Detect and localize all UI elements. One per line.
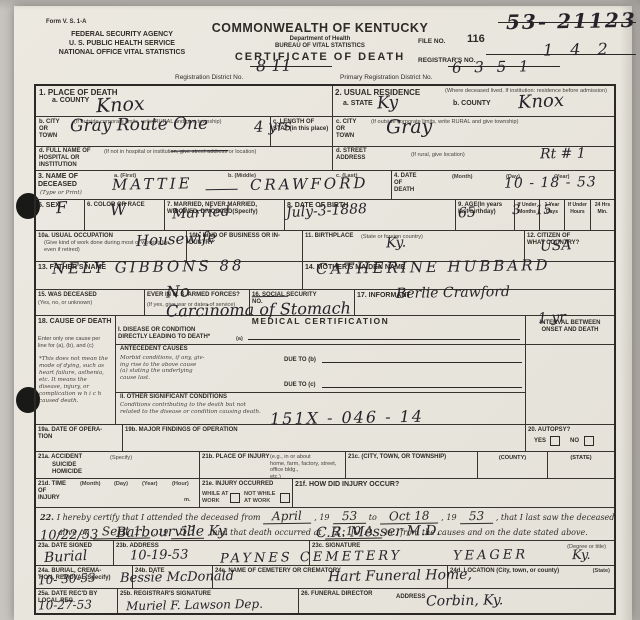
armed-forces-note-1: (Yes, no, or unknown)	[38, 300, 92, 307]
hw-physician-signature: C.R. Messer M.D.	[316, 524, 441, 540]
certify-number: 22.	[40, 512, 54, 522]
hw-burial-type: Burial	[44, 549, 88, 565]
hw-length-of-stay: 4 yrs	[254, 118, 292, 135]
place-of-injury-label: 21b. PLACE OF INJURY	[202, 454, 269, 461]
hw-armed-forces: No	[166, 283, 190, 300]
due-c-rule	[322, 387, 522, 388]
specify-note: (Specify)	[110, 455, 132, 462]
row-injury-place: 21a. ACCIDENT (Specify) SUICIDE HOMICIDE…	[36, 451, 614, 478]
hospital-label: d. FULL NAME OF HOSPITAL OR INSTITUTION	[39, 148, 91, 169]
city-of-death-label: b. CITY OR TOWN	[39, 119, 60, 140]
bureau-vital-statistics: BUREAU OF VITAL STATISTICS	[200, 43, 440, 49]
while-at-work-label: WHILE AT WORK	[202, 491, 228, 504]
injury-county-label: (COUNTY)	[478, 455, 547, 461]
hw-burial-date: 10-19-53	[130, 548, 189, 562]
primary-district-label: Primary Registration District No.	[340, 74, 432, 81]
autopsy-no-label: NO	[570, 438, 579, 445]
certify-line-1: 22. I hereby certify that I attended the…	[40, 511, 614, 524]
date-of-death-label: 4. DATE OF DEATH	[394, 173, 417, 194]
section-place-of-injury: 21b. PLACE OF INJURY (e.g., in or about …	[199, 452, 345, 478]
time-of-injury-label: 21d. TIME OF INJURY	[38, 481, 66, 502]
commonwealth-title: COMMONWEALTH OF KENTUCKY	[200, 21, 440, 35]
residence-city-label: c. CITY OR TOWN	[336, 119, 356, 140]
hw-extra-date: 10-27-53	[38, 599, 92, 612]
twentyfour-hrs-label: 24 Hrs	[591, 202, 614, 208]
row-registrar: 25a. DATE REC'D BY LOCAL REG. 25b. REGIS…	[36, 588, 614, 613]
hw-to-year: 53	[459, 511, 493, 525]
rule	[526, 344, 614, 345]
hw-date-of-death: 10 - 18 - 53	[504, 175, 597, 191]
birthplace-label: 11. BIRTHPLACE	[305, 233, 353, 240]
certify-text-3: to	[369, 513, 377, 522]
file-no-printed: 116	[467, 33, 485, 45]
section-how-injury: 21f. HOW DID INJURY OCCUR?	[292, 479, 614, 507]
hw-hospital-dash: —	[167, 141, 232, 160]
funeral-director-label: 26. FUNERAL DIRECTOR	[301, 591, 372, 598]
hw-marital-status: Married	[172, 204, 230, 221]
disease-label: I. DISEASE OR CONDITION DIRECTLY LEADING…	[118, 327, 210, 341]
hw-residence-county: Knox	[518, 92, 565, 112]
agency-line-3: NATIONAL OFFICE VITAL STATISTICS	[38, 48, 206, 57]
hw-date-received: 10- 30-53	[38, 571, 96, 586]
injury-day-label: (Day)	[114, 481, 128, 488]
hw-date-signed: 10/22/53	[40, 528, 99, 542]
hw-middle-name: —	[203, 180, 239, 197]
hw-registrar-number: 1 4 2	[543, 41, 614, 58]
street-address-note: (If rural, give location)	[411, 152, 465, 159]
form-number: Form V. S. 1-A	[46, 19, 86, 25]
occupation-label: 10a. USUAL OCCUPATION	[38, 233, 113, 240]
rule	[333, 116, 614, 117]
hw-citizen: USA	[540, 238, 572, 254]
cause-note: Enter only one cause per line for (a), (…	[38, 336, 100, 349]
due-b-rule	[322, 362, 522, 363]
injury-hour-label: (Hour)	[172, 481, 189, 488]
certify-text-1: I hereby certify that I attended the dec…	[57, 513, 261, 522]
injury-m-label: m.	[184, 497, 191, 504]
hw-funeral-city: Corbin, Ky.	[426, 593, 503, 608]
agency-line-2: U. S. PUBLIC HEALTH SERVICE	[38, 39, 206, 48]
dept-of-health: Department of Health	[200, 36, 440, 42]
rule	[116, 344, 525, 345]
section-interval: INTERVAL BETWEEN ONSET AND DEATH	[525, 316, 614, 424]
section-time-of-injury: 21d. TIME OF INJURY (Month) (Day) (Year)…	[36, 479, 199, 507]
hw-race: W	[110, 202, 127, 219]
section-injury-occurred: 21e. INJURY OCCURRED WHILE AT WORK NOT W…	[199, 479, 292, 507]
hw-date-of-birth: July-3-1888	[286, 202, 368, 220]
residence-county-label: b. COUNTY	[453, 100, 491, 108]
while-at-work-checkbox	[230, 493, 240, 503]
hw-county-of-death: Knox	[96, 95, 146, 117]
hw-occupation: Housewife	[136, 230, 217, 249]
hw-file-number: 53- 21123	[506, 10, 637, 32]
rule	[116, 392, 525, 393]
hw-cemetery-state: Ky.	[572, 549, 591, 562]
section-cause-left: 18. CAUSE OF DEATH Enter only one cause …	[36, 316, 115, 424]
cemetery-state-label: (State)	[593, 568, 610, 575]
hw-street-address: Rt # 1	[540, 147, 586, 162]
min-label: Min.	[591, 209, 614, 215]
injury-city-label: 21c. (CITY, TOWN, OR TOWNSHIP)	[348, 454, 446, 461]
injury-state-label: (STATE)	[548, 455, 614, 461]
hw-residence-state: Ky	[377, 94, 399, 112]
hw-from-year: 53	[332, 511, 366, 525]
row-operation: 19a. DATE OF OPERA- TION 19b. MAJOR FIND…	[36, 424, 614, 451]
other-conditions-label: II. OTHER SIGNIFICANT CONDITIONS	[120, 394, 227, 401]
hw-interval: 1 yr	[538, 310, 567, 325]
scan-edge-shadow	[620, 0, 640, 620]
county-of-death-label: a. COUNTY	[52, 97, 89, 105]
cause-of-death-title: 18. CAUSE OF DEATH	[38, 318, 112, 326]
date-of-operation-label: 19a. DATE OF OPERA- TION	[38, 427, 102, 441]
hw-residence-city: Gray	[386, 118, 433, 138]
hw-cemetery-location: YEAGER	[453, 548, 528, 562]
section-accident: 21a. ACCIDENT (Specify) SUICIDE HOMICIDE	[36, 452, 199, 478]
due-to-c-label: DUE TO (c)	[284, 382, 316, 389]
morbid-note: Morbid conditions, if any, giv- ing rise…	[120, 355, 204, 381]
hw-mother-name: CATHERINE HUBBARD	[316, 258, 551, 277]
row-injury-time: 21d. TIME OF INJURY (Month) (Day) (Year)…	[36, 478, 614, 507]
name-title: 3. NAME OF DECEASED	[38, 173, 78, 189]
agency-line-1: FEDERAL SECURITY AGENCY	[38, 30, 206, 39]
section-cemetery-location: 24d. LOCATION (City, town, or county) (S…	[447, 566, 614, 588]
hw-informant: Berlie Crawford	[396, 285, 510, 301]
hw-registration-district: 8 11	[256, 58, 292, 75]
street-address-label: d. STREET ADDRESS	[336, 148, 367, 162]
hw-attended-from: April	[263, 511, 311, 525]
section-injury-state: (STATE)	[547, 452, 614, 478]
hw-funeral-director: Hart Funeral Home,	[328, 568, 472, 585]
section-injury-county: (COUNTY)	[477, 452, 547, 478]
if-under-24-label: If Under	[565, 202, 590, 208]
month-label: (Month)	[452, 174, 473, 181]
section-major-findings: 19b. MAJOR FINDINGS OF OPERATION	[122, 425, 525, 451]
type-or-print-note: (Type or Print)	[40, 190, 82, 197]
autopsy-yes-checkbox	[550, 436, 560, 446]
hw-first-name: MATTIE	[112, 176, 193, 192]
injury-year-label: (Year)	[142, 481, 158, 488]
hw-age-months: 3	[512, 204, 521, 217]
hw-cemetery-name: PAYNES CEMETERY	[220, 549, 402, 565]
funeral-address-label: ADDRESS	[396, 594, 425, 601]
death-certificate-scan: Form V. S. 1-A FEDERAL SECURITY AGENCY U…	[0, 0, 640, 620]
place-of-injury-note: (e.g., in or about home, farm, factory, …	[270, 454, 344, 480]
major-findings-label: 19b. MAJOR FINDINGS OF OPERATION	[125, 427, 238, 434]
certify-text-2: , 19	[314, 513, 329, 522]
suicide-homicide-label: SUICIDE HOMICIDE	[52, 462, 82, 476]
other-conditions-note: Conditions contributing to the death but…	[120, 402, 261, 415]
hw-father-name: NELY GIBBONS 88	[52, 258, 245, 276]
hw-registrar-signature: Bessie McDonald	[120, 570, 234, 585]
disease-rule	[248, 339, 520, 340]
section-age-min: 24 Hrs Min.	[590, 200, 614, 230]
injury-occurred-label: 21e. INJURY OCCURRED	[202, 481, 273, 488]
hw-primary-district: 6 3 5 1	[452, 59, 533, 75]
hours-label: Hours	[565, 209, 590, 215]
certificate-title: CERTIFICATE OF DEATH	[200, 51, 440, 63]
reg-district-label: Registration District No.	[175, 74, 243, 81]
cause-footnote: *This does not mean the mode of dying, s…	[39, 356, 111, 405]
armed-forces-label-1: 15. WAS DECEASED	[38, 292, 97, 299]
autopsy-label: 20. AUTOPSY?	[528, 427, 570, 434]
not-while-at-work-checkbox	[280, 493, 290, 503]
section-age-hours: If Under Hours	[564, 200, 590, 230]
autopsy-yes-label: YES	[534, 438, 546, 445]
antecedent-label: ANTECEDENT CAUSES	[120, 346, 188, 353]
accident-label: 21a. ACCIDENT	[38, 454, 82, 461]
how-injury-label: 21f. HOW DID INJURY OCCUR?	[295, 481, 399, 489]
section-injury-city: 21c. (CITY, TOWN, OR TOWNSHIP)	[345, 452, 477, 478]
not-while-at-work-label: NOT WHILE AT WORK	[244, 491, 275, 504]
due-to-b-label: DUE TO (b)	[284, 357, 316, 364]
hw-city-of-death: Gray Route One	[70, 116, 208, 135]
hw-deputy-signature: Muriel F. Lawson Dep.	[126, 598, 263, 612]
armed-forces-label-2: EVER IN U. S. ARMED FORCES?	[147, 292, 247, 299]
section-autopsy: 20. AUTOPSY? YES NO	[525, 425, 614, 451]
section-date-of-operation: 19a. DATE OF OPERA- TION	[36, 425, 122, 451]
section-armed-forces-1: 15. WAS DECEASED (Yes, no, or unknown)	[36, 290, 144, 315]
autopsy-no-checkbox	[584, 436, 594, 446]
hw-age-days: 15	[535, 204, 552, 218]
injury-month-label: (Month)	[80, 481, 101, 488]
certify-text-5: , that I last saw the deceased	[496, 513, 615, 522]
hw-age: 65	[458, 206, 477, 221]
hw-cause-of-death: Carcinoma of Stomach	[166, 300, 351, 319]
disease-a-tag: (a)	[236, 336, 243, 343]
hw-address-signed: Barbourville Ky.	[116, 524, 229, 540]
hw-sex: F	[56, 200, 68, 217]
hw-major-findings: 151X - 046 - 14	[270, 409, 424, 428]
residence-state-label: a. STATE	[343, 100, 373, 108]
hw-last-name: CRAWFORD	[250, 176, 369, 193]
file-no-label: FILE NO.	[418, 38, 445, 45]
certify-text-4: , 19	[441, 513, 456, 522]
hw-birthplace: Ky.	[386, 235, 407, 250]
